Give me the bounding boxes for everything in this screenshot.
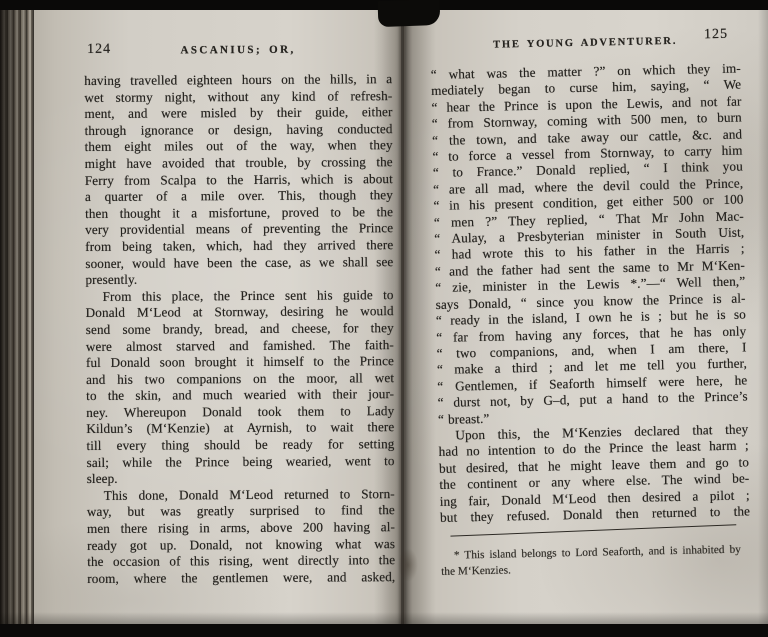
text-line: Kildun’s (M‘Kenzie) at Ayrnish, to wait … bbox=[86, 420, 394, 438]
text-line: From this place, the Prince sent his gui… bbox=[86, 287, 394, 305]
scan-top-border bbox=[0, 0, 768, 10]
text-line: ful Donald soon brought it himself to th… bbox=[86, 353, 394, 371]
text-line: through ignorance or design, having cond… bbox=[84, 121, 392, 139]
text-line: the occasion of this rising, went direct… bbox=[87, 552, 395, 570]
text-line: Ferry from Scalpa to the Harris, which i… bbox=[85, 171, 393, 189]
text-line: till every thing should be ready for set… bbox=[86, 436, 394, 454]
text-line: ready got up. Donald, not knowing what w… bbox=[87, 536, 395, 554]
scan-bottom-shade bbox=[0, 612, 768, 624]
scan-bottom-border bbox=[0, 624, 768, 637]
text-line: were almost starved and famished. The fa… bbox=[86, 337, 394, 355]
right-page-body: “ what was the matter ?” on which they i… bbox=[431, 61, 751, 527]
paragraph: “ what was the matter ?” on which they i… bbox=[431, 61, 748, 428]
paragraph: From this place, the Prince sent his gui… bbox=[86, 287, 395, 488]
paper-stain bbox=[398, 548, 418, 582]
left-page: 124 ASCANIUS; OR, having travelled eight… bbox=[84, 40, 395, 587]
paragraph: This done, Donald M‘Leod returned to Sto… bbox=[87, 486, 396, 587]
text-line: ment, and were misled by their guide, ei… bbox=[84, 104, 392, 122]
text-line: send some brandy, bread, and cheese, for… bbox=[86, 320, 394, 338]
footnote-separator bbox=[450, 525, 736, 537]
text-line: very providential means of preventing th… bbox=[85, 220, 393, 238]
text-line: wet stormy night, without any kind of re… bbox=[84, 88, 392, 106]
paragraph: having travelled eighteen hours on the h… bbox=[84, 71, 393, 289]
running-header-left: ASCANIUS; OR, bbox=[84, 43, 392, 57]
spine-edge bbox=[0, 0, 34, 637]
left-page-body: having travelled eighteen hours on the h… bbox=[84, 71, 395, 587]
text-line: having travelled eighteen hours on the h… bbox=[84, 71, 392, 89]
text-line: Donald M‘Leod at Stornway, desiring he w… bbox=[86, 303, 394, 321]
book-spread: 124 ASCANIUS; OR, having travelled eight… bbox=[0, 0, 768, 637]
right-page-header: THE YOUNG ADVENTURER. 125 bbox=[430, 30, 740, 56]
footnote-text: * This island belongs to Lord Seaforth, … bbox=[441, 543, 742, 580]
left-page-header: 124 ASCANIUS; OR, bbox=[84, 40, 392, 62]
text-line: then thought it a misfortune, proved to … bbox=[85, 204, 393, 222]
text-line: room, where the gentlemen were, and aske… bbox=[87, 569, 395, 587]
paragraph: Upon this, the M‘Kenzies declared that t… bbox=[438, 421, 750, 526]
right-page: THE YOUNG ADVENTURER. 125 “ what was the… bbox=[430, 30, 751, 581]
text-line: presently. bbox=[85, 270, 393, 288]
text-line: to the skin, and much wearied with their… bbox=[86, 386, 394, 404]
text-line: might have avoided that trouble, by cros… bbox=[85, 154, 393, 172]
paragraph: * This island belongs to Lord Seaforth, … bbox=[441, 543, 742, 580]
text-line: ney. Whereupon Donald took them to Lady bbox=[86, 403, 394, 421]
running-header-right: THE YOUNG ADVENTURER. bbox=[430, 35, 740, 52]
text-line: from being taken, which, had they arrive… bbox=[85, 237, 393, 255]
page-number-right: 125 bbox=[704, 27, 728, 43]
text-line: sleep. bbox=[87, 469, 395, 487]
text-line: way, but was greatly surprised to find t… bbox=[87, 503, 395, 521]
text-line: men there rising in arms, above 200 havi… bbox=[87, 519, 395, 537]
text-line: sail; while the Prince being wearied, we… bbox=[87, 453, 395, 471]
right-edge-shade bbox=[758, 0, 768, 637]
text-line: them eight miles out of the way, when th… bbox=[85, 137, 393, 155]
text-line: sooner, would have been the case, as we … bbox=[85, 254, 393, 272]
scan-top-gutter-shadow bbox=[378, 0, 441, 27]
footnote: * This island belongs to Lord Seaforth, … bbox=[440, 530, 751, 580]
gutter-line bbox=[401, 0, 404, 637]
text-line: and his two companions on the moor, all … bbox=[86, 370, 394, 388]
text-line: a quarter of a mile over. This, though t… bbox=[85, 187, 393, 205]
text-line: This done, Donald M‘Leod returned to Sto… bbox=[87, 486, 395, 504]
